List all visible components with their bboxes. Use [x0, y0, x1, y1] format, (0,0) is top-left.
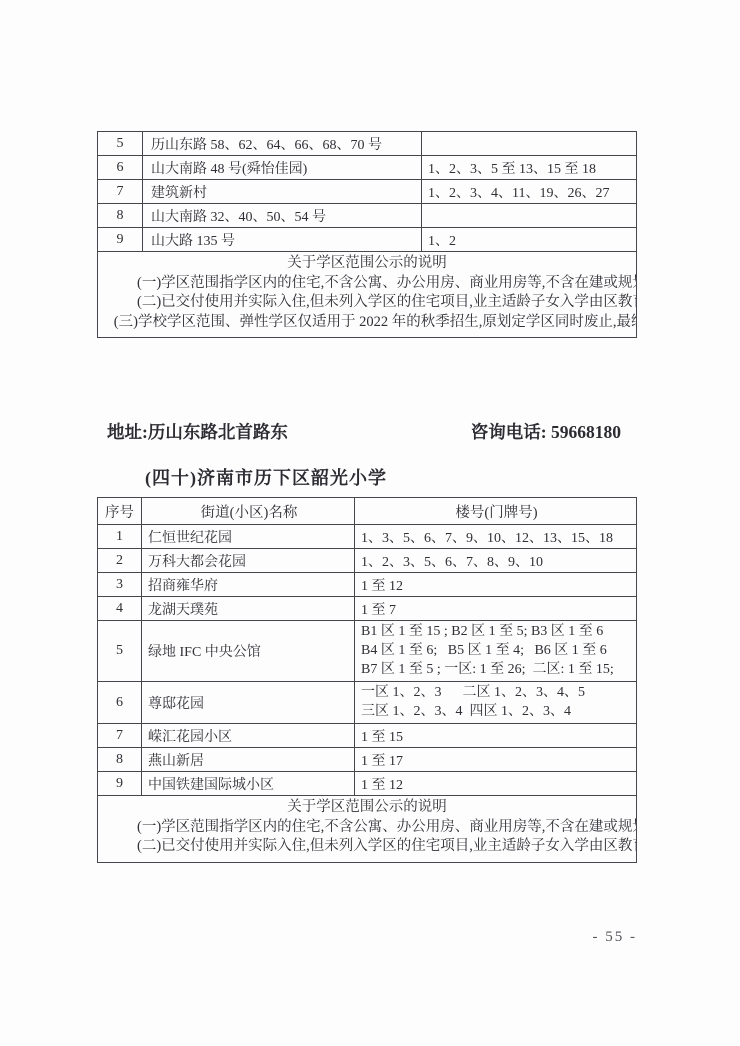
row-name: 尊邸花园 — [142, 682, 355, 724]
notes-title: 关于学区范围公示的说明 — [108, 254, 626, 274]
row-no: 7 — [98, 724, 142, 748]
notes-paragraph: (二)已交付使用并实际入住,但未列入学区的住宅项目,业主适龄子女入学由区教育体育… — [108, 293, 626, 313]
row-value-line: B7 区 1 至 5 ; 一区: 1 至 26; 二区: 1 至 15; — [361, 660, 632, 679]
row-no: 4 — [98, 597, 142, 621]
row-name: 中国铁建国际城小区 — [142, 772, 355, 796]
row-value: 1、2、3、5 至 13、15 至 18 — [422, 156, 637, 180]
district-notes: 关于学区范围公示的说明 (一)学区范围指学区内的住宅,不含公寓、办公用房、商业用… — [98, 796, 637, 863]
row-value: 1、2 — [422, 228, 637, 252]
table-row: 9 中国铁建国际城小区 1 至 12 — [98, 772, 637, 796]
row-value: 1 至 7 — [355, 597, 637, 621]
row-name: 龙湖天璞苑 — [142, 597, 355, 621]
row-value — [422, 132, 637, 156]
header-no: 序号 — [98, 498, 142, 525]
row-name: 燕山新居 — [142, 748, 355, 772]
table-row: 8 山大南路 32、40、50、54 号 — [98, 204, 637, 228]
district-notes: 关于学区范围公示的说明 (一)学区范围指学区内的住宅,不含公寓、办公用房、商业用… — [98, 252, 637, 338]
row-name: 山大南路 32、40、50、54 号 — [143, 204, 422, 228]
table-row: 1 仁恒世纪花园 1、3、5、6、7、9、10、12、13、15、18 — [98, 525, 637, 549]
row-no: 3 — [98, 573, 142, 597]
notes-title: 关于学区范围公示的说明 — [108, 798, 626, 818]
header-value: 楼号(门牌号) — [355, 498, 637, 525]
header-name: 街道(小区)名称 — [142, 498, 355, 525]
table-row: 6 山大南路 48 号(舜怡佳园) 1、2、3、5 至 13、15 至 18 — [98, 156, 637, 180]
row-value: 1、3、5、6、7、9、10、12、13、15、18 — [355, 525, 637, 549]
school-table-main: 序号 街道(小区)名称 楼号(门牌号) 1 仁恒世纪花园 1、3、5、6、7、9… — [97, 497, 637, 863]
row-value-line: B1 区 1 至 15 ; B2 区 1 至 5; B3 区 1 至 6 — [361, 622, 632, 641]
row-name: 历山东路 58、62、64、66、68、70 号 — [143, 132, 422, 156]
notes-row: 关于学区范围公示的说明 (一)学区范围指学区内的住宅,不含公寓、办公用房、商业用… — [98, 252, 637, 338]
table-row: 9 山大路 135 号 1、2 — [98, 228, 637, 252]
row-value — [422, 204, 637, 228]
row-value: 1、2、3、4、11、19、26、27 — [422, 180, 637, 204]
row-value-line: 三区 1、2、3、4 四区 1、2、3、4 — [361, 702, 632, 721]
row-no: 9 — [98, 772, 142, 796]
contact-line: 地址:历山东路北首路东 咨询电话: 59668180 — [97, 419, 637, 444]
row-value: 1、2、3、5、6、7、8、9、10 — [355, 549, 637, 573]
row-value: 1 至 12 — [355, 573, 637, 597]
table-row: 6 尊邸花园 一区 1、2、3 二区 1、2、3、4、5 三区 1、2、3、4 … — [98, 682, 637, 724]
row-value: 1 至 17 — [355, 748, 637, 772]
row-name: 仁恒世纪花园 — [142, 525, 355, 549]
row-no: 6 — [98, 156, 143, 180]
row-no: 8 — [98, 204, 143, 228]
row-no: 9 — [98, 228, 143, 252]
row-value: 1 至 15 — [355, 724, 637, 748]
row-no: 2 — [98, 549, 142, 573]
row-value-line: 一区 1、2、3 二区 1、2、3、4、5 — [361, 683, 632, 702]
school-address: 地址:历山东路北首路东 — [97, 419, 288, 444]
table-row: 4 龙湖天璞苑 1 至 7 — [98, 597, 637, 621]
school-phone: 咨询电话: 59668180 — [471, 419, 637, 444]
notes-paragraph: (一)学区范围指学区内的住宅,不含公寓、办公用房、商业用房等,不含在建或规划待建… — [108, 818, 626, 838]
row-name: 建筑新村 — [143, 180, 422, 204]
row-no: 5 — [98, 132, 143, 156]
row-value-line: B4 区 1 至 6; B5 区 1 至 4; B6 区 1 至 6 — [361, 641, 632, 660]
row-value: B1 区 1 至 15 ; B2 区 1 至 5; B3 区 1 至 6 B4 … — [355, 621, 637, 682]
table-row: 2 万科大都会花园 1、2、3、5、6、7、8、9、10 — [98, 549, 637, 573]
document-page: 5 历山东路 58、62、64、66、68、70 号 6 山大南路 48 号(舜… — [0, 0, 740, 1046]
row-no: 7 — [98, 180, 143, 204]
table-row: 7 建筑新村 1、2、3、4、11、19、26、27 — [98, 180, 637, 204]
table-row: 5 历山东路 58、62、64、66、68、70 号 — [98, 132, 637, 156]
row-no: 8 — [98, 748, 142, 772]
row-no: 1 — [98, 525, 142, 549]
row-name: 山大南路 48 号(舜怡佳园) — [143, 156, 422, 180]
row-name: 山大路 135 号 — [143, 228, 422, 252]
row-value: 一区 1、2、3 二区 1、2、3、4、5 三区 1、2、3、4 四区 1、2、… — [355, 682, 637, 724]
table-row: 7 嵘汇花园小区 1 至 15 — [98, 724, 637, 748]
table-row: 5 绿地 IFC 中央公馆 B1 区 1 至 15 ; B2 区 1 至 5; … — [98, 621, 637, 682]
row-name: 绿地 IFC 中央公馆 — [142, 621, 355, 682]
table-row: 3 招商雍华府 1 至 12 — [98, 573, 637, 597]
notes-paragraph: (二)已交付使用并实际入住,但未列入学区的住宅项目,业主适龄子女入学由区教育体育… — [108, 837, 626, 857]
notes-paragraph: (三)学校学区范围、弹性学区仅适用于 2022 年的秋季招生,原划定学区同时废止… — [108, 313, 626, 333]
notes-paragraph: (一)学区范围指学区内的住宅,不含公寓、办公用房、商业用房等,不含在建或规划待建… — [108, 274, 626, 294]
row-no: 6 — [98, 682, 142, 724]
section-title: (四十)济南市历下区韶光小学 — [97, 464, 387, 490]
table-row: 8 燕山新居 1 至 17 — [98, 748, 637, 772]
row-no: 5 — [98, 621, 142, 682]
school-table-top: 5 历山东路 58、62、64、66、68、70 号 6 山大南路 48 号(舜… — [97, 131, 637, 338]
row-name: 嵘汇花园小区 — [142, 724, 355, 748]
page-number: - 55 - — [97, 929, 647, 946]
row-name: 招商雍华府 — [142, 573, 355, 597]
notes-row: 关于学区范围公示的说明 (一)学区范围指学区内的住宅,不含公寓、办公用房、商业用… — [98, 796, 637, 863]
table-header-row: 序号 街道(小区)名称 楼号(门牌号) — [98, 498, 637, 525]
row-name: 万科大都会花园 — [142, 549, 355, 573]
row-value: 1 至 12 — [355, 772, 637, 796]
